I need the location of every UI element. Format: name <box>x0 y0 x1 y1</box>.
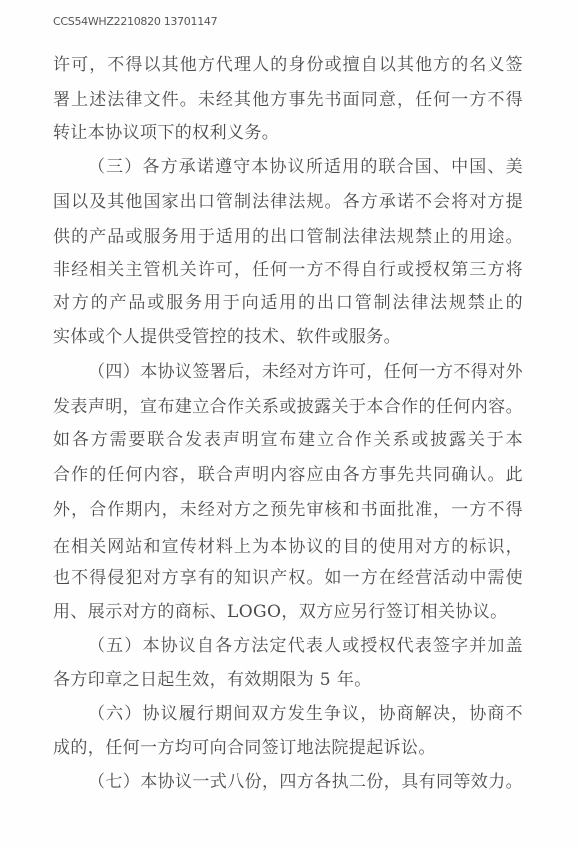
text-line: 许可，不得以其他方代理人的身份或擅自以其他方的名义签 <box>53 53 523 77</box>
text-line: 实体或个人提供受管控的技术、软件或服务。 <box>53 325 523 349</box>
text-line: 对方的产品或服务用于向适用的出口管制法律法规禁止的 <box>53 291 523 315</box>
text-line: 国以及其他国家出口管制法律法规。各方承诺不会将对方提 <box>53 190 523 214</box>
text-line: 外，合作期内，未经对方之预先审核和书面批准，一方不得 <box>53 498 523 522</box>
text-line: 发表声明，宣布建立合作关系或披露关于本合作的任何内容。 <box>53 395 523 419</box>
text-line: 合作的任何内容，联合声明内容应由各方事先共同确认。此 <box>53 463 523 487</box>
document-page: CCS54WHZ2210820 13701147 许可，不得以其他方代理人的身份… <box>0 0 579 850</box>
text-line: 也不得侵犯对方享有的知识产权。如一方在经营活动中需使 <box>53 566 523 590</box>
text-line: 用、展示对方的商标、LOGO，双方应另行签订相关协议。 <box>53 600 523 624</box>
text-line: （五）本协议自各方法定代表人或授权代表签字并加盖 <box>88 634 523 658</box>
document-id-header: CCS54WHZ2210820 13701147 <box>53 15 217 28</box>
text-line: （七）本协议一式八份，四方各执二份，具有同等效力。 <box>88 770 523 794</box>
text-line: 各方印章之日起生效，有效期限为 5 年。 <box>53 668 523 692</box>
text-line: 在相关网站和宣传材料上为本协议的目的使用对方的标识， <box>53 535 523 559</box>
text-line: （六）协议履行期间双方发生争议，协商解决，协商不 <box>88 702 523 726</box>
text-line: 成的，任何一方均可向合同签订地法院提起诉讼。 <box>53 736 523 760</box>
text-line: 如各方需要联合发表声明宣布建立合作关系或披露关于本 <box>53 428 523 452</box>
text-line: 供的产品或服务用于适用的出口管制法律法规禁止的用途。 <box>53 225 523 249</box>
text-line: 署上述法律文件。未经其他方事先书面同意，任何一方不得 <box>53 88 523 112</box>
text-line: （三）各方承诺遵守本协议所适用的联合国、中国、美 <box>88 155 523 179</box>
text-line: （四）本协议签署后，未经对方许可，任何一方不得对外 <box>88 360 523 384</box>
text-line: 非经相关主管机关许可，任何一方不得自行或授权第三方将 <box>53 258 523 282</box>
text-line: 转让本协议项下的权利义务。 <box>53 121 523 145</box>
